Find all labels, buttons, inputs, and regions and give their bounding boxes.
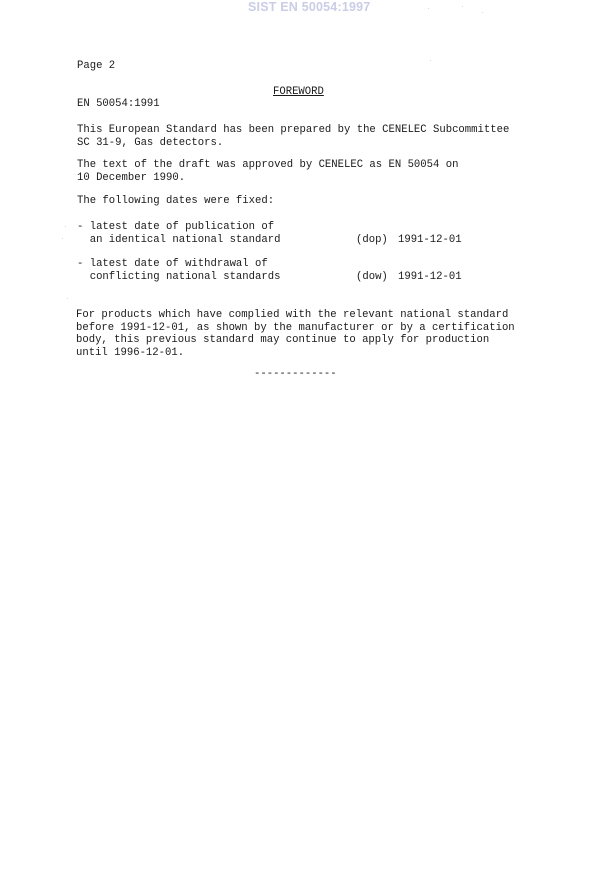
paragraph-dates-intro: The following dates were fixed: xyxy=(77,195,274,208)
document-id: EN 50054:1991 xyxy=(77,98,160,111)
date-item-description: - latest date of withdrawal of conflicti… xyxy=(77,258,357,283)
date-item-code: (dow) xyxy=(356,271,388,284)
scan-speck xyxy=(62,238,63,239)
date-item-value: 1991-12-01 xyxy=(398,271,462,284)
section-title: FOREWORD xyxy=(273,86,324,99)
date-item-value: 1991-12-01 xyxy=(398,234,462,247)
paragraph-approval: The text of the draft was approved by CE… xyxy=(77,159,458,184)
page-number: Page 2 xyxy=(77,60,160,73)
page-header: Page 2 EN 50054:1991 xyxy=(77,35,160,123)
scan-speck xyxy=(482,12,483,13)
date-item-code: (dop) xyxy=(356,234,388,247)
scan-speck xyxy=(65,226,66,227)
scan-speck xyxy=(462,6,463,7)
end-divider: ------------- xyxy=(254,368,337,381)
paragraph-transition: For products which have complied with th… xyxy=(76,309,515,359)
date-item-dow: - latest date of withdrawal of conflicti… xyxy=(77,258,90,308)
watermark: SIST EN 50054:1997 xyxy=(248,0,370,14)
paragraph-prepared-by: This European Standard has been prepared… xyxy=(77,124,509,149)
scan-speck xyxy=(428,8,429,9)
date-item-description: - latest date of publication of an ident… xyxy=(77,221,357,246)
scan-speck xyxy=(67,298,68,299)
scan-speck xyxy=(430,60,431,61)
